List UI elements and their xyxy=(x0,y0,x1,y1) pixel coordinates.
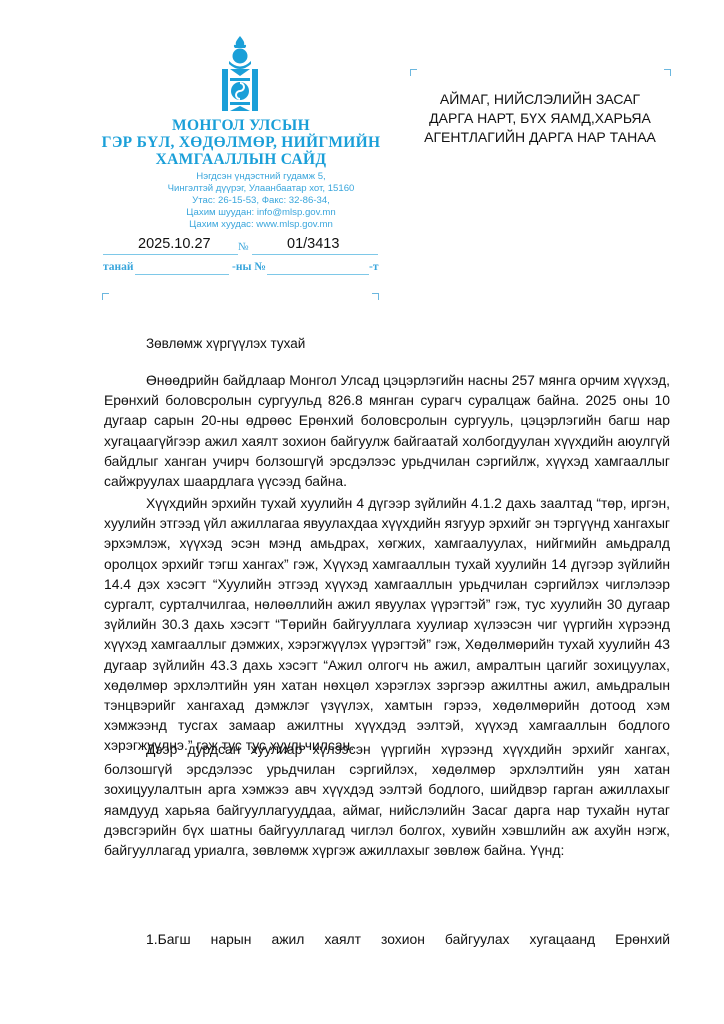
your-ref-number-underline xyxy=(267,274,369,275)
paragraph-text: Хүүхдийн эрхийн тухай хуулийн 4 дүгээр з… xyxy=(104,493,670,756)
your-ref-mid: -ны № xyxy=(232,261,266,273)
body-paragraph-1: Өнөөдрийн байдлаар Монгол Улсад цэцэрлэг… xyxy=(104,370,670,491)
contact-phone: Утас: 26-15-53, Факс: 32-86-34, xyxy=(96,195,386,207)
addressee-line-3: АГЕНТЛАГИЙН ДАРГА НАР ТАНАА xyxy=(404,128,676,147)
number-underline xyxy=(252,254,378,255)
addressee-line-1: АЙМАГ, НИЙСЛЭЛИЙН ЗАСАГ xyxy=(404,90,676,109)
contact-website: Цахим хуудас: www.mlsp.gov.mn xyxy=(96,219,386,231)
contact-block: Нэгдсэн үндэстний гудамж 5, Чингэлтэй дү… xyxy=(96,171,386,231)
letter-date: 2025.10.27 xyxy=(138,236,211,252)
corner-bracket-icon xyxy=(372,293,379,300)
paragraph-text: Өнөөдрийн байдлаар Монгол Улсад цэцэрлэг… xyxy=(104,370,670,491)
your-ref-label: танай xyxy=(103,261,134,273)
org-name-line-2: ГЭР БҮЛ, ХӨДӨЛМӨР, НИЙГМИЙН xyxy=(96,134,386,151)
letter-number: 01/3413 xyxy=(287,236,339,252)
soyombo-emblem-icon xyxy=(218,36,262,114)
corner-bracket-icon xyxy=(664,69,671,76)
corner-bracket-icon xyxy=(102,293,109,300)
paragraph-text: Дээр дурдсан хуулиар хүлээсэн үүргийн хү… xyxy=(104,739,670,860)
corner-bracket-icon xyxy=(410,69,417,76)
addressee-block: АЙМАГ, НИЙСЛЭЛИЙН ЗАСАГ ДАРГА НАРТ, БҮХ … xyxy=(404,90,676,147)
your-ref-date-underline xyxy=(135,274,229,275)
contact-email: Цахим шуудан: info@mlsp.gov.mn xyxy=(96,207,386,219)
body-paragraph-3: Дээр дурдсан хуулиар хүлээсэн үүргийн хү… xyxy=(104,739,670,860)
date-underline xyxy=(103,254,238,255)
list-item-1: 1.Багш нарын ажил хаялт зохион байгуулах… xyxy=(104,929,670,949)
addressee-line-2: ДАРГА НАРТ, БҮХ ЯАМД,ХАРЬЯА xyxy=(404,109,676,128)
your-ref-suffix: -т xyxy=(369,261,378,273)
contact-district: Чингэлтэй дүүрэг, Улаанбаатар хот, 15160 xyxy=(96,183,386,195)
org-name-line-1: МОНГОЛ УЛСЫН xyxy=(96,117,386,134)
org-name-line-3: ХАМГААЛЛЫН САЙД xyxy=(96,151,386,168)
contact-address: Нэгдсэн үндэстний гудамж 5, xyxy=(96,171,386,183)
letter-subject: Зөвлөмж хүргүүлэх тухай xyxy=(146,336,305,351)
number-sign: № xyxy=(238,241,249,253)
body-paragraph-2: Хүүхдийн эрхийн тухай хуулийн 4 дүгээр з… xyxy=(104,493,670,756)
